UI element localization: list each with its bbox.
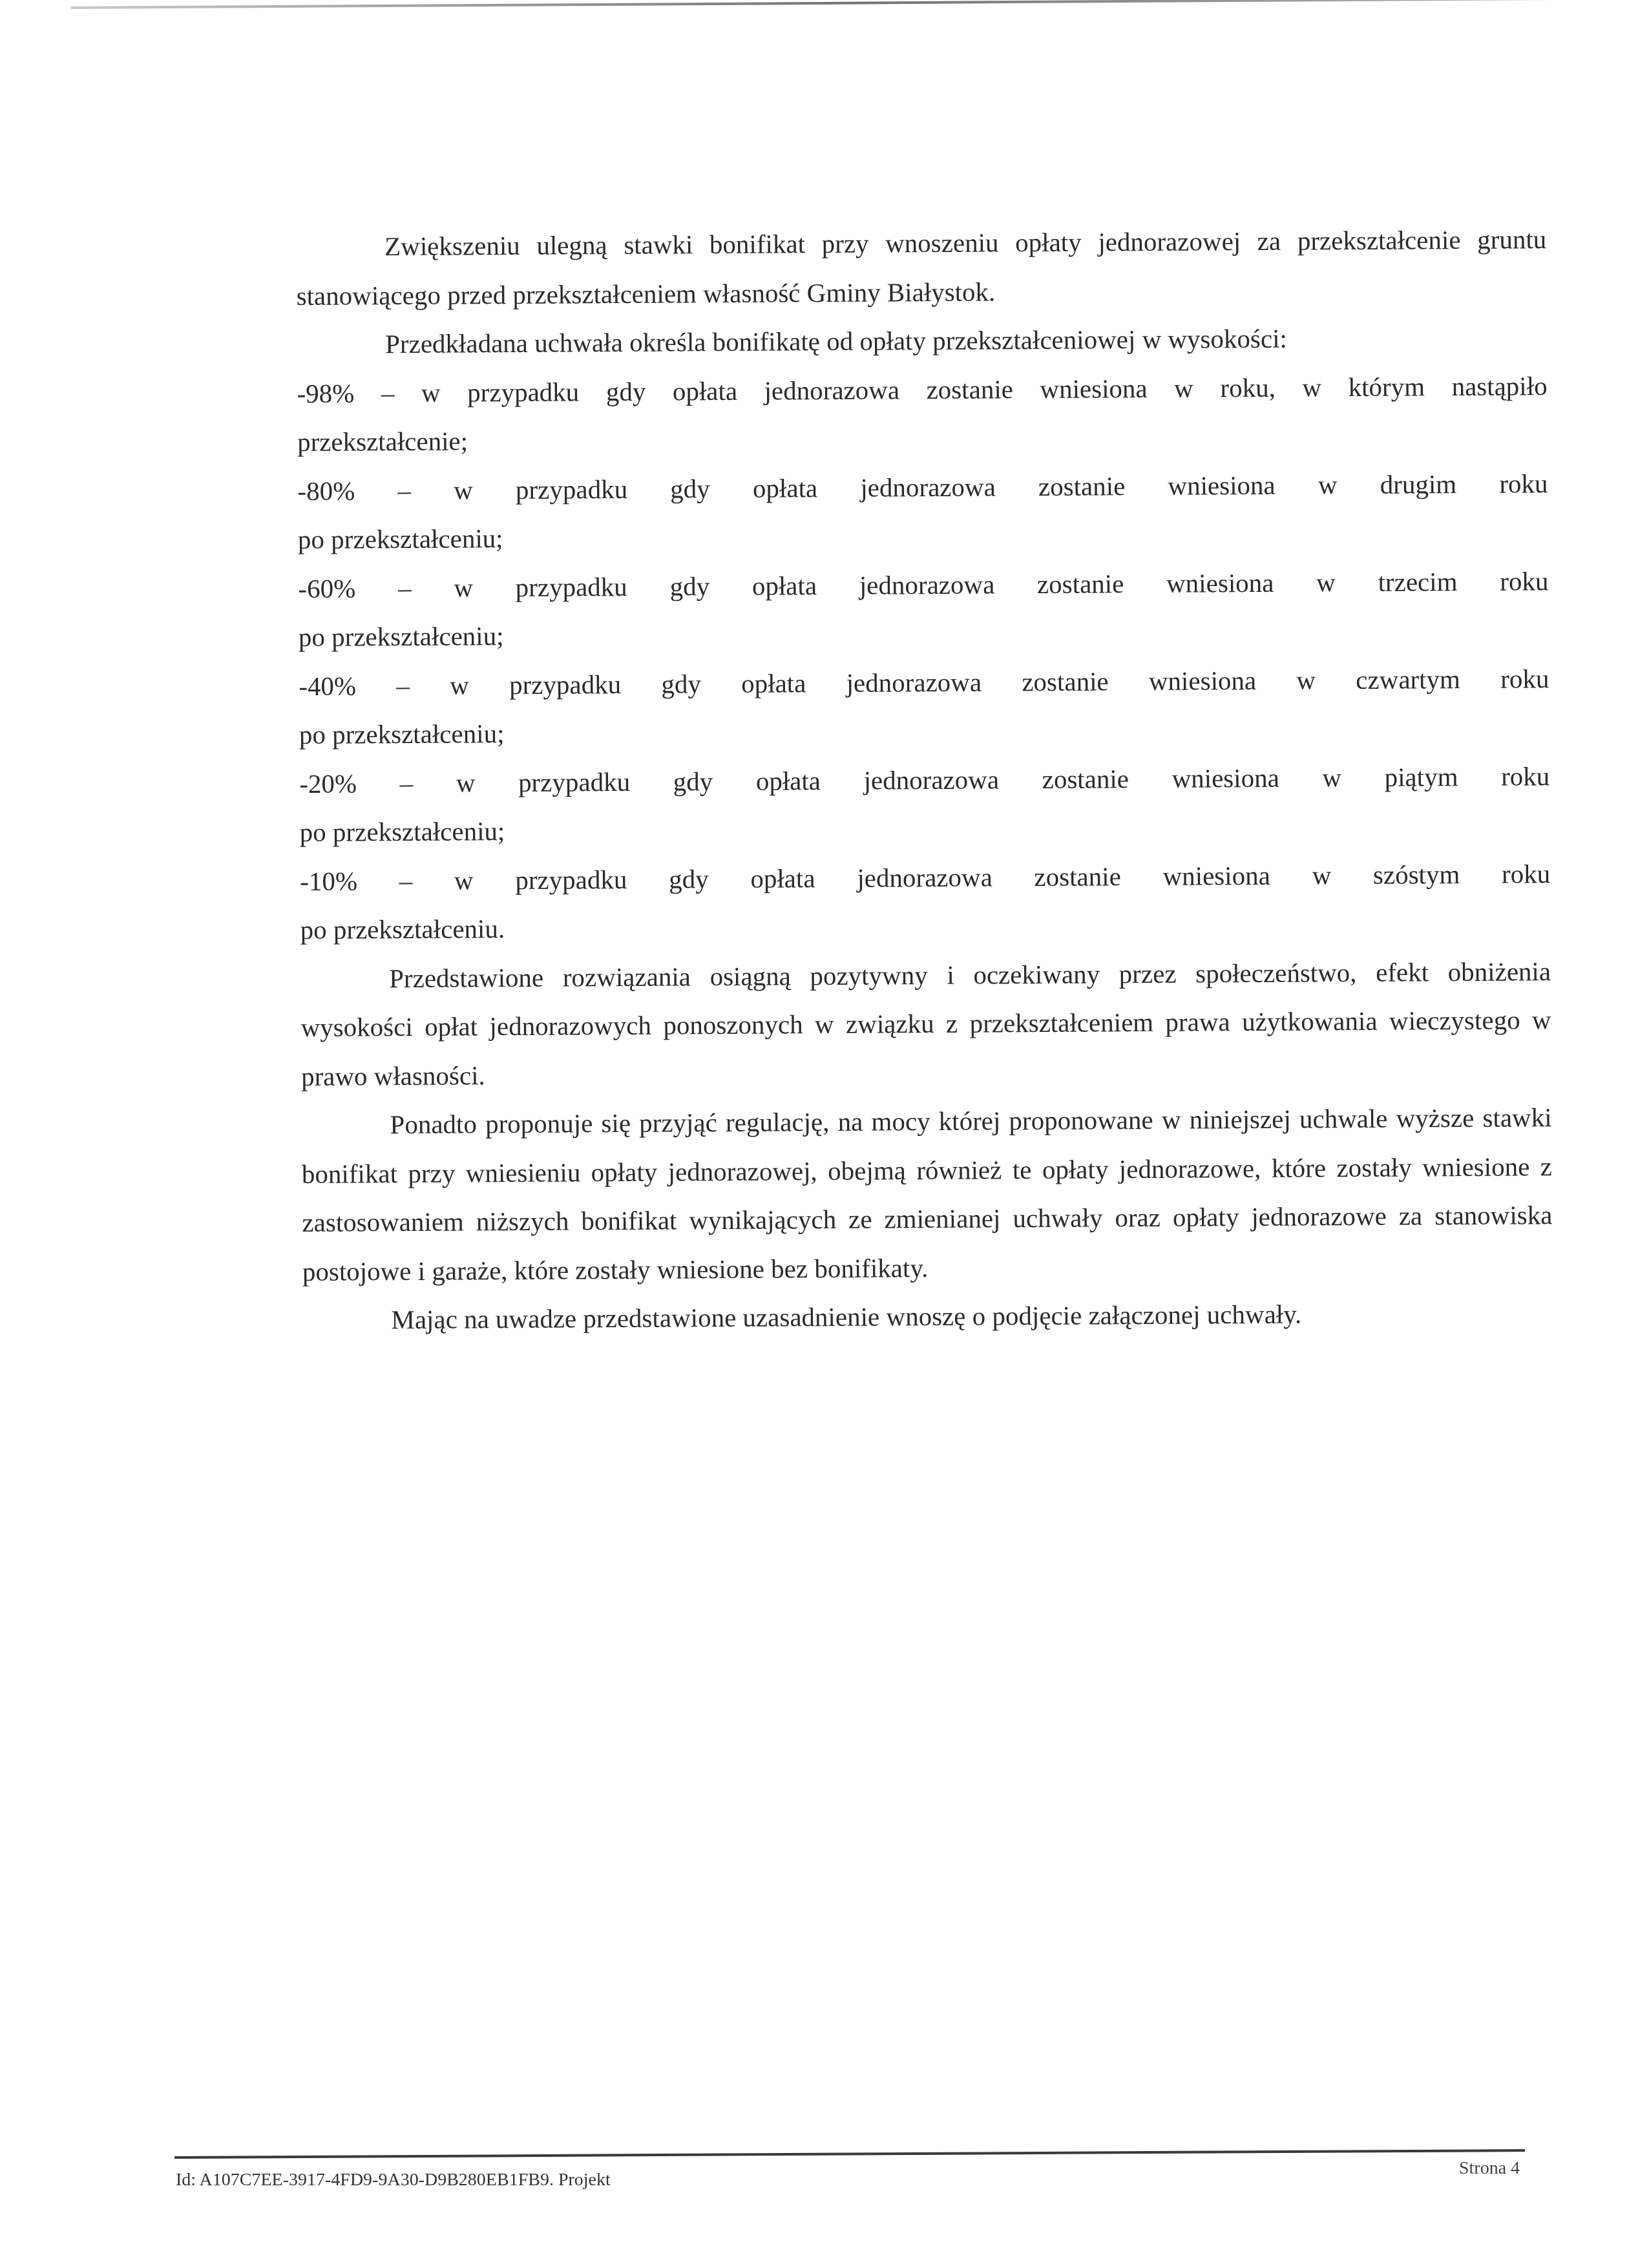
discount-item-80: -80% – w przypadku gdy opłata jednorazow…	[297, 459, 1548, 516]
footer-divider	[174, 2149, 1525, 2159]
discount-item-40-cont: po przekształceniu;	[299, 703, 1549, 759]
discount-item-20-cont: po przekształceniu;	[300, 801, 1550, 857]
discount-item-98: -98% – w przypadku gdy opłata jednorazow…	[297, 362, 1547, 418]
discount-item-98-cont: przekształcenie;	[297, 410, 1548, 467]
paragraph-effects: Przedstawione rozwiązania osiągną pozyty…	[300, 947, 1551, 1101]
discount-item-80-cont: po przekształceniu;	[298, 508, 1548, 564]
footer-document-id: Id: A107C7EE-3917-4FD9-9A30-D9B280EB1FB9…	[176, 2170, 611, 2190]
discount-item-60: -60% – w przypadku gdy opłata jednorazow…	[298, 557, 1548, 613]
paragraph-conclusion: Mając na uwadze przedstawione uzasadnien…	[302, 1288, 1553, 1345]
paragraph-resolution-intro: Przedkładana uchwała określa bonifikatę …	[297, 313, 1547, 369]
discount-item-20: -20% – w przypadku gdy opłata jednorazow…	[299, 752, 1549, 808]
discount-item-40: -40% – w przypadku gdy opłata jednorazow…	[299, 655, 1549, 711]
paragraph-retroactive-regulation: Ponadto proponuje się przyjąć regulację,…	[301, 1093, 1553, 1296]
discount-item-10: -10% – w przypadku gdy opłata jednorazow…	[300, 850, 1550, 906]
discount-item-10-cont: po przekształceniu.	[300, 898, 1550, 954]
document-body: Zwiększeniu ulegną stawki bonifikat przy…	[296, 215, 1553, 1345]
discount-list: -98% – w przypadku gdy opłata jednorazow…	[297, 362, 1550, 955]
scan-edge-artifact	[71, 0, 1635, 9]
footer-page-number: Strona 4	[1459, 2158, 1520, 2179]
discount-item-60-cont: po przekształceniu;	[299, 605, 1549, 662]
paragraph-bonus-increase: Zwiększeniu ulegną stawki bonifikat przy…	[296, 215, 1547, 320]
